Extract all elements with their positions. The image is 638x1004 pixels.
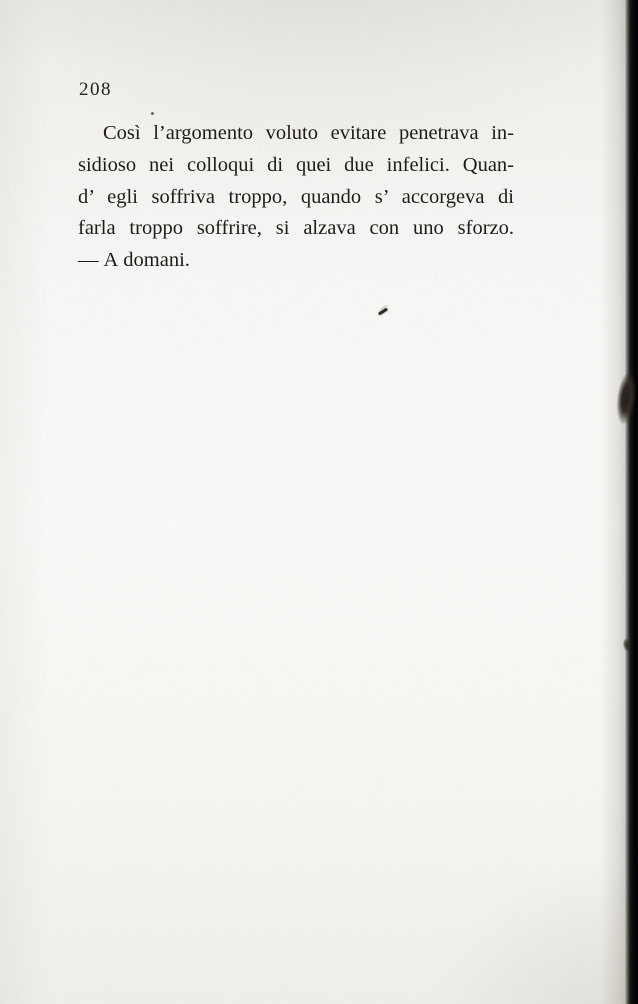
scanned-book-page: 208 Così l’argomento voluto evitare pene… <box>0 0 638 1004</box>
paragraph: Così l’argomento voluto evitare penetrav… <box>78 118 514 277</box>
page-number: 208 <box>79 79 112 101</box>
text-line: sidioso nei colloqui di quei due infelic… <box>78 150 514 182</box>
text-line: d’ egli soffriva troppo, quando s’ accor… <box>78 182 514 214</box>
scan-edge-band <box>625 0 638 1004</box>
ink-speck-dot <box>151 112 154 115</box>
text-line: Così l’argomento voluto evitare penetrav… <box>78 118 514 150</box>
text-line: farla troppo soffrire, si alzava con uno… <box>78 213 514 245</box>
text-line: — A domani. <box>78 245 514 277</box>
